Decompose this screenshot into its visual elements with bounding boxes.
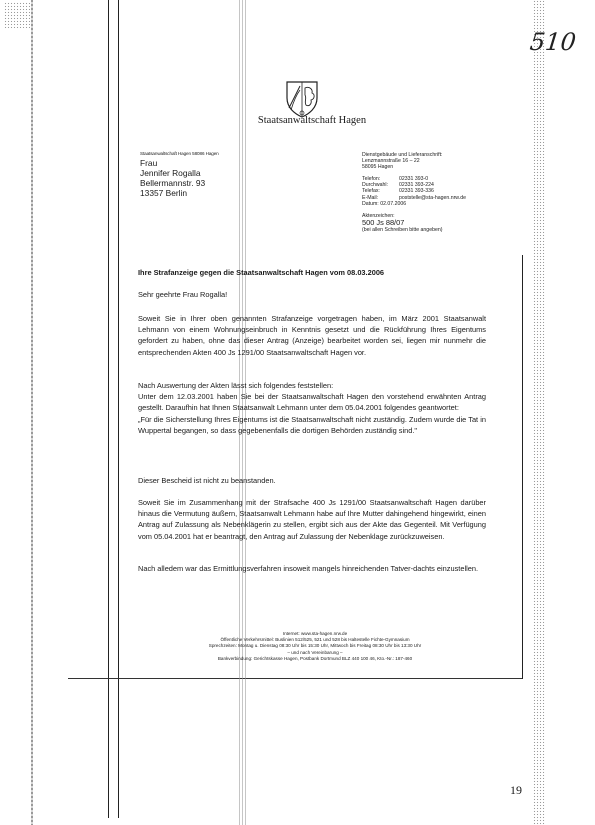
- letter-subject: Ihre Strafanzeige gegen die Staatsanwalt…: [138, 268, 384, 277]
- scan-noise-topleft: [4, 2, 30, 28]
- scan-edge-line: [31, 0, 33, 825]
- coat-of-arms-icon: [285, 80, 319, 118]
- paragraph-5: Nach alledem war das Ermittlungsverfahre…: [138, 563, 486, 574]
- recipient-address: Frau Jennifer Rogalla Bellermannstr. 93 …: [140, 158, 205, 198]
- file-reference: 500 Js 88/07: [362, 219, 466, 227]
- paragraph-2: Nach Auswertung der Akten lässt sich fol…: [138, 380, 486, 436]
- recipient-city: 13357 Berlin: [140, 188, 205, 198]
- scan-noise-right-band: [533, 0, 545, 825]
- file-ref-note: (bei allen Schreiben bitte angeben): [362, 227, 466, 233]
- recipient-name: Jennifer Rogalla: [140, 168, 205, 178]
- paragraph-4: Soweit Sie im Zusammenhang mit der Straf…: [138, 497, 486, 542]
- authority-info-block: Dienstgebäude und Lieferanschrift: Lenzm…: [362, 152, 466, 233]
- recipient-salutation: Frau: [140, 158, 205, 168]
- page-number: 19: [510, 783, 522, 798]
- scan-box-bottom: [68, 678, 522, 679]
- paragraph-1: Soweit Sie in Ihrer oben genannten Straf…: [138, 313, 486, 358]
- scan-border-left-outer: [108, 0, 109, 818]
- paragraph-3: Dieser Bescheid ist nicht zu beanstanden…: [138, 475, 486, 486]
- letter-greeting: Sehr geehrte Frau Rogalla!: [138, 290, 227, 299]
- scan-box-right: [522, 255, 523, 679]
- recipient-street: Bellermannstr. 93: [140, 178, 205, 188]
- sender-return-line: Staatsanwaltschaft Hagen 58086 Hagen: [140, 151, 219, 156]
- scan-border-left-inner: [118, 0, 119, 818]
- authority-name: Staatsanwaltschaft Hagen: [232, 115, 392, 126]
- handwritten-page-number: 510: [529, 28, 578, 56]
- footer-bank: Bankverbindung: Gerichtskasse Hagen, Pos…: [150, 656, 480, 662]
- letter-footer: Internet: www.sta-hagen.nrw.de Öffentlic…: [150, 631, 480, 662]
